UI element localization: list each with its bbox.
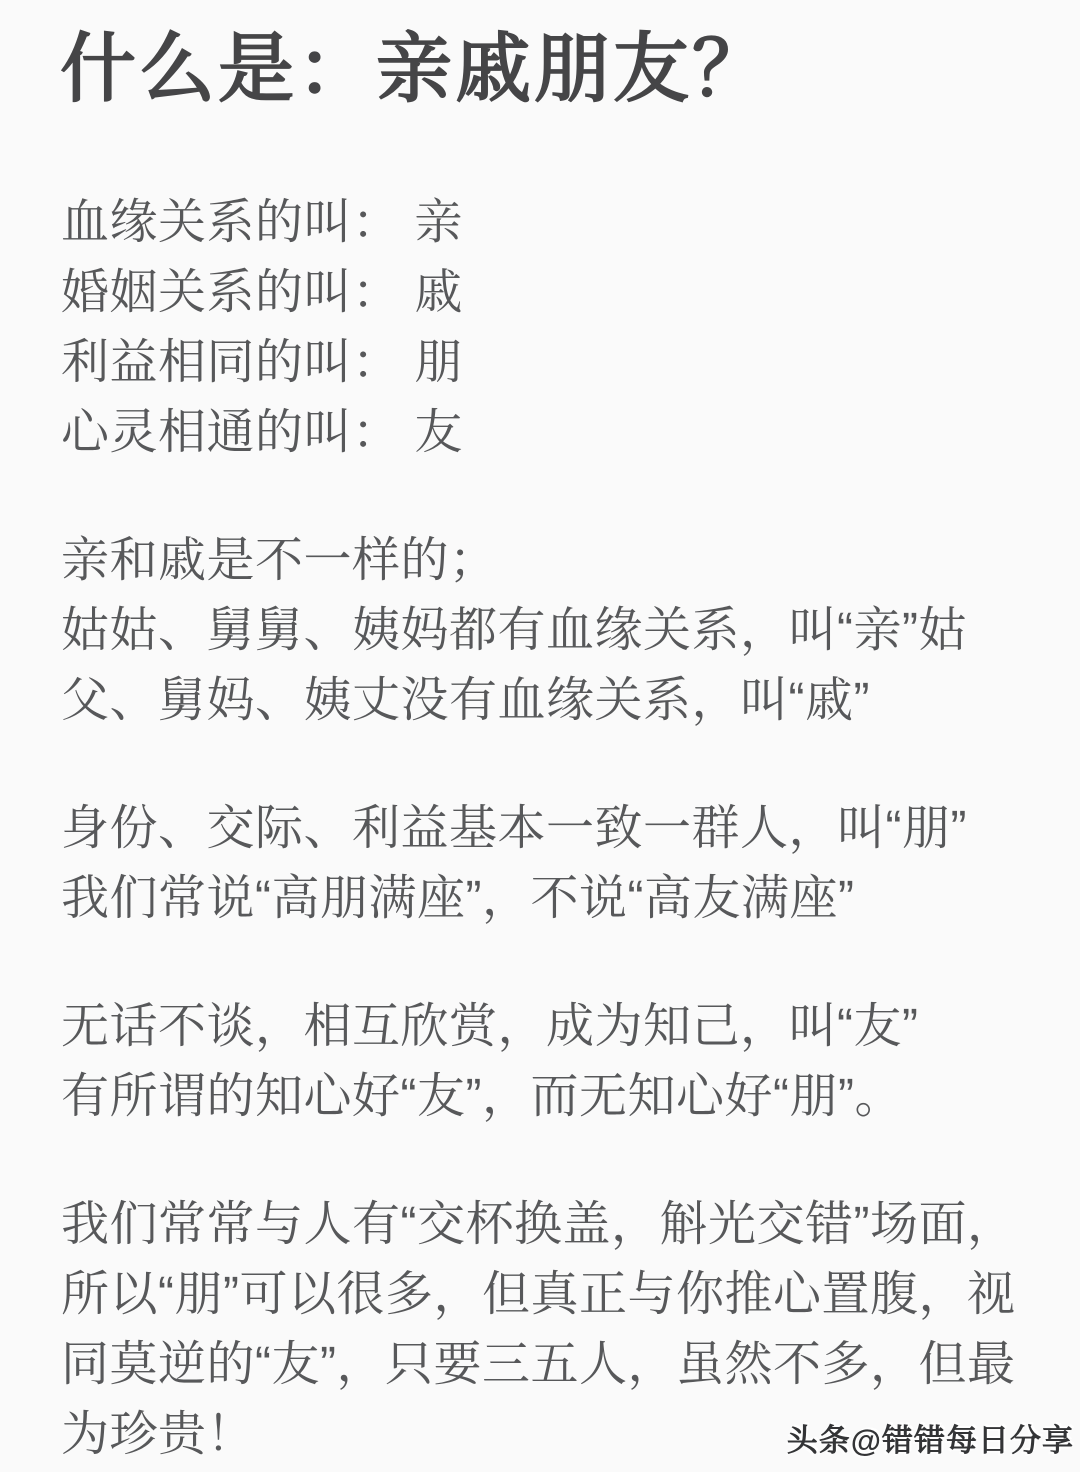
paragraph-definitions: 血缘关系的叫： 亲 婚姻关系的叫： 戚 利益相同的叫： 朋 心灵相通的叫： 友 xyxy=(61,188,1060,468)
text-line: 血缘关系的叫： 亲 xyxy=(61,188,1060,258)
paragraph-you: 无话不谈，相互欣赏，成为知己，叫“友” 有所谓的知心好“友”，而无知心好“朋”。 xyxy=(61,992,1060,1132)
text-line: 我们常说“高朋满座”，不说“高友满座” xyxy=(61,864,1060,934)
paragraph-qin-vs-qi: 亲和戚是不一样的； 姑姑、舅舅、姨妈都有血缘关系，叫“亲”姑 父、舅妈、姨丈没有… xyxy=(61,526,1060,736)
text-line: 我们常常与人有“交杯换盖，斛光交错”场面， xyxy=(61,1190,1060,1260)
text-line: 父、舅妈、姨丈没有血缘关系，叫“戚” xyxy=(61,666,1060,736)
watermark: 头条@错错每日分享 xyxy=(787,1415,1074,1460)
text-line: 姑姑、舅舅、姨妈都有血缘关系，叫“亲”姑 xyxy=(61,596,1060,666)
paragraph-peng: 身份、交际、利益基本一致一群人，叫“朋” 我们常说“高朋满座”，不说“高友满座” xyxy=(61,794,1060,934)
text-card: 什么是：亲戚朋友？ 血缘关系的叫： 亲 婚姻关系的叫： 戚 利益相同的叫： 朋 … xyxy=(0,0,1080,1472)
text-line: 有所谓的知心好“友”，而无知心好“朋”。 xyxy=(61,1062,1060,1132)
text-line: 所以“朋”可以很多，但真正与你推心置腹，视 xyxy=(61,1260,1060,1330)
text-line: 无话不谈，相互欣赏，成为知己，叫“友” xyxy=(61,992,1060,1062)
text-line: 身份、交际、利益基本一致一群人，叫“朋” xyxy=(61,794,1060,864)
text-line: 利益相同的叫： 朋 xyxy=(61,328,1060,398)
text-line: 亲和戚是不一样的； xyxy=(61,526,1060,596)
text-line: 心灵相通的叫： 友 xyxy=(61,398,1060,468)
page-title: 什么是：亲戚朋友？ xyxy=(60,26,1080,114)
text-line: 同莫逆的“友”，只要三五人，虽然不多，但最 xyxy=(61,1330,1060,1400)
text-line: 婚姻关系的叫： 戚 xyxy=(61,258,1060,328)
